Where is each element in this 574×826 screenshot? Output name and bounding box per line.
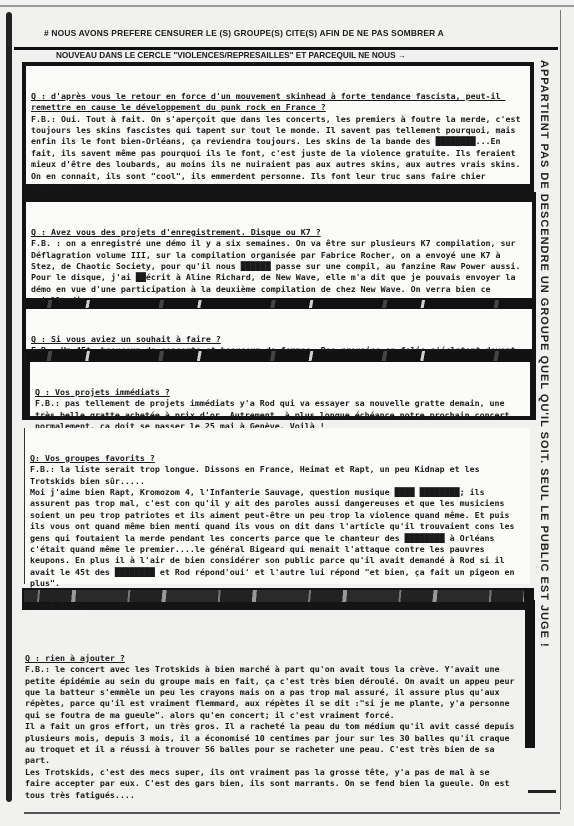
question: Q: Vos groupes favorits ?	[30, 453, 525, 464]
interview-block-6: Q : rien à ajouter ?F.B.: le concert ave…	[20, 628, 524, 808]
interview-block-3: Q : Si vous aviez un souhait à faire ?F.…	[26, 309, 532, 349]
torn-separator	[26, 300, 532, 308]
bottom-rule	[24, 812, 560, 814]
interview-block-1: Q : d'après vous le retour en force d'un…	[26, 66, 530, 184]
question: Q : Si vous aviez un souhait à faire ?	[31, 334, 527, 345]
question: Q : rien à ajouter ?	[25, 653, 519, 664]
right-rule	[560, 10, 561, 810]
top-rule	[0, 5, 574, 7]
black-frame-right-strip	[525, 600, 535, 748]
question: Q : Avez vous des projets d'enregistreme…	[31, 227, 527, 238]
interview-block-5: Q: Vos groupes favorits ?F.B.: la liste …	[24, 428, 530, 584]
interview-block-4: Q : Vos projets immédiats ?F.B.: pas tel…	[30, 362, 530, 416]
answer: F.B.: Oui. Tout à fait. On s'aperçoit qu…	[31, 114, 526, 192]
header-divider	[14, 47, 558, 50]
interview-block-2: Q : Avez vous des projets d'enregistreme…	[26, 202, 532, 298]
question: Q : d'après vous le retour en force d'un…	[31, 91, 525, 114]
answer: F.B. : on a enregistré une démo il y a s…	[31, 238, 526, 305]
answer: F.B.: pas tellement de projets immédiats…	[35, 398, 515, 431]
vertical-handwritten-note: APPARTIENT PAS DE DESCENDRE UN GROUPE QU…	[536, 60, 550, 650]
left-binding-bar	[6, 12, 12, 802]
margin-mark	[528, 790, 556, 793]
torn-separator	[24, 590, 524, 602]
question: Q : Vos projets immédiats ?	[35, 387, 525, 398]
answer: F.B.: le concert avec les Trotskids à bi…	[25, 664, 520, 799]
censorship-note-line2: NOUVEAU DANS LE CERCLE "VIOLENCES/REPRES…	[56, 51, 526, 60]
torn-separator	[26, 351, 532, 361]
censorship-note-line1: # NOUS AVONS PREFERE CENSURER LE (S) GRO…	[44, 28, 544, 38]
zine-page: # NOUS AVONS PREFERE CENSURER LE (S) GRO…	[0, 0, 574, 826]
